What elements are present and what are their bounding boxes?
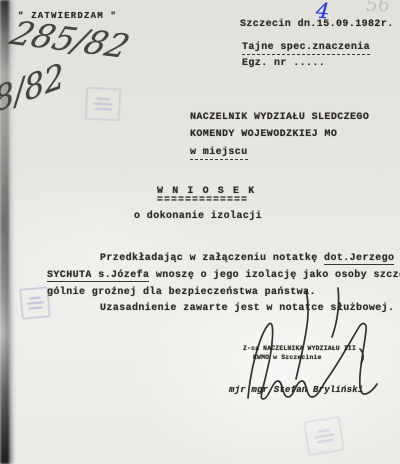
body-line1-text: Przedkładając w załączeniu notatkę bbox=[100, 253, 324, 264]
archive-stamp-bottom bbox=[304, 416, 345, 455]
classification-label: Tajne spec.znaczenia bbox=[242, 42, 370, 55]
place-date: Szczecin dn.15.09.1982r. bbox=[240, 19, 394, 30]
body-line2-underlined: SYCHUTA s.Józefa bbox=[47, 270, 149, 282]
body-line1-underlined: dot.Jerzego bbox=[324, 253, 394, 265]
body-line-1: Przedkładając w załączeniu notatkę dot.J… bbox=[100, 253, 394, 264]
addressee-line1: NACZELNIK WYDZIAŁU SLEDCZEGO bbox=[190, 112, 369, 123]
addressee-line2: KOMENDY WOJEWODZKIEJ MO bbox=[190, 129, 337, 140]
signer-name: mjr mgr Stefan Bryliński bbox=[229, 385, 363, 395]
scanned-document-page: " ZATWIERDZAM " 285/82 8/82 4 56 Szczeci… bbox=[0, 0, 400, 464]
archive-stamp-left bbox=[20, 287, 51, 319]
corner-page-mark: 56 bbox=[366, 0, 390, 16]
document-subtitle: o dokonanie izolacji bbox=[134, 211, 262, 222]
body-line-2: SYCHUTA s.Józefa wnoszę o jego izolację … bbox=[47, 270, 400, 281]
addressee-line3: w miejscu bbox=[190, 147, 248, 160]
title-underline: ============= bbox=[157, 195, 248, 206]
scan-edge-shadow bbox=[6, 0, 12, 464]
archive-stamp-top bbox=[85, 87, 121, 121]
copy-number: Egz. nr ..... bbox=[242, 58, 325, 69]
handwritten-case-number: 285/82 bbox=[5, 14, 135, 66]
body-line2-text: wnoszę o jego izolację jako osoby szcze- bbox=[149, 270, 400, 281]
